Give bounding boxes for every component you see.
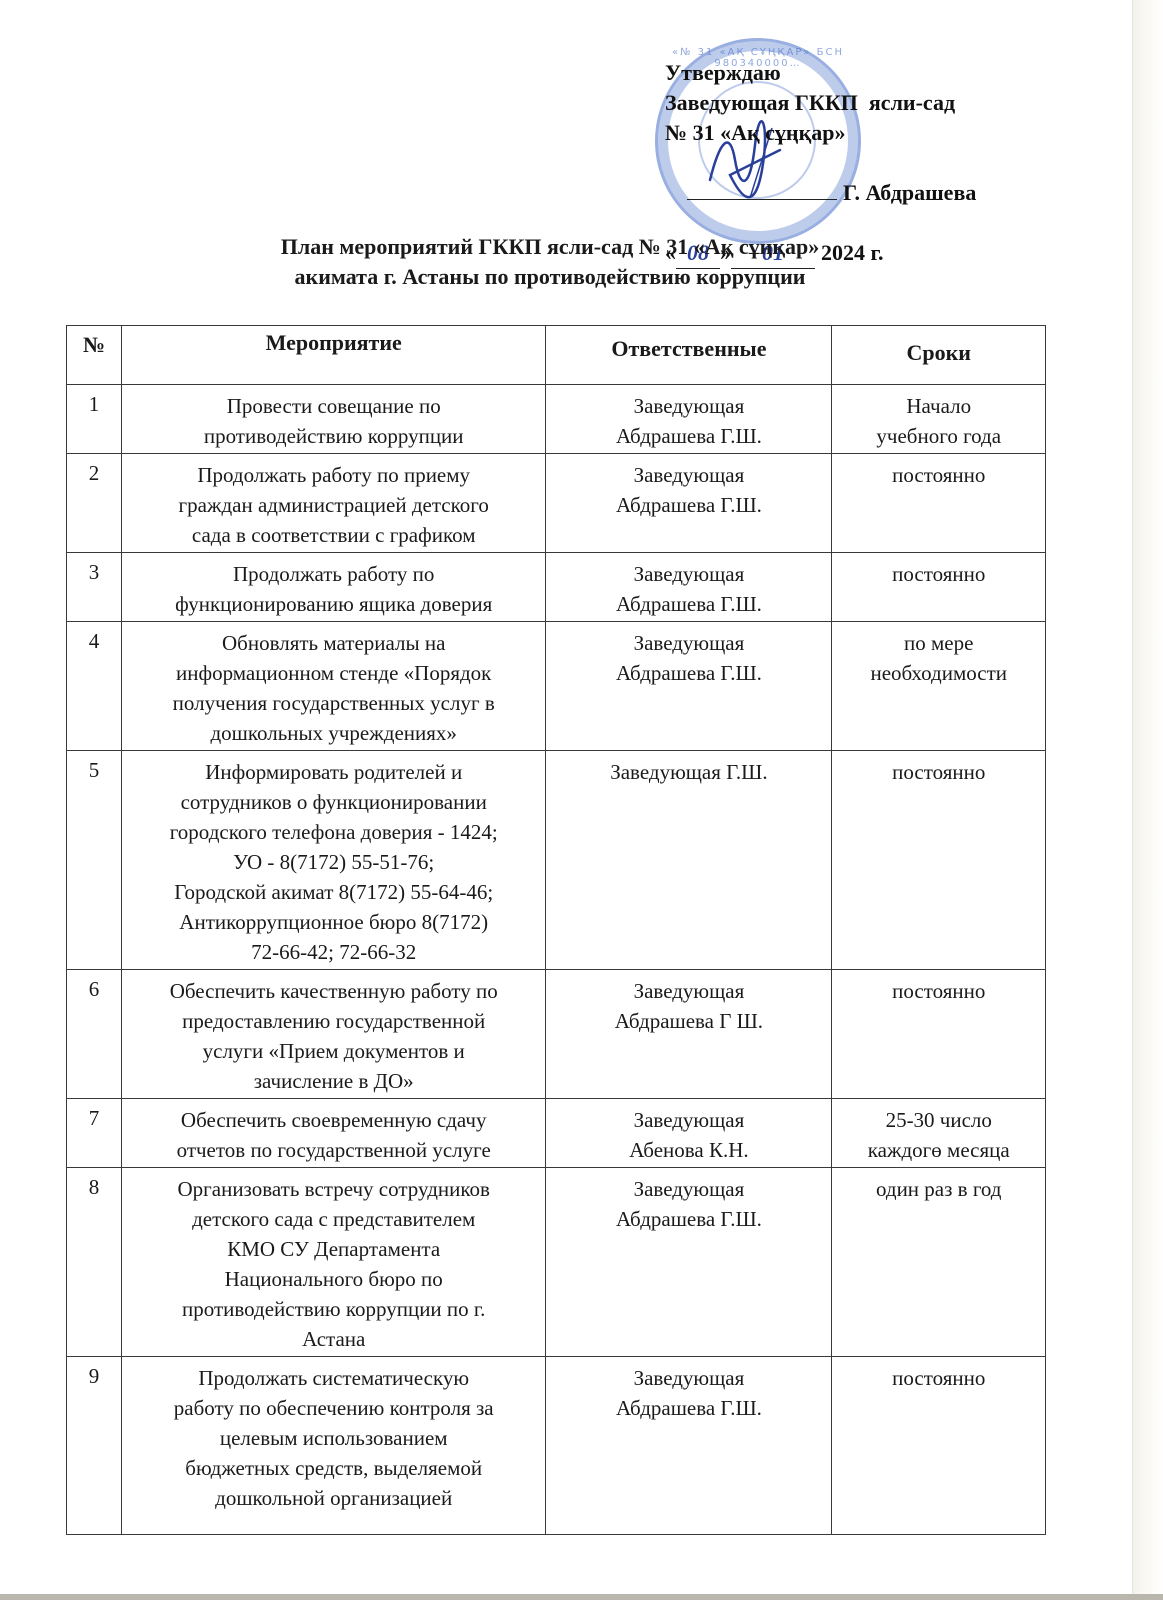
table-row: 8Организовать встречу сотрудников детско… <box>67 1168 1046 1357</box>
row-number-text: 9 <box>89 1364 100 1388</box>
row-number: 8 <box>67 1168 122 1357</box>
row-event: Провести совещание по противодействию ко… <box>122 385 546 454</box>
row-event-text: Продолжать работу по приему граждан адми… <box>179 463 489 547</box>
row-responsible: Заведующая Абдрашева Г Ш. <box>546 970 832 1099</box>
signatory-line: Г. Абдрашева <box>665 148 976 238</box>
table-row: 2Продолжать работу по приему граждан адм… <box>67 454 1046 553</box>
row-event-text: Обеспечить своевременную сдачу отчетов п… <box>177 1108 491 1162</box>
row-term-text: по мере необходимости <box>870 631 1007 685</box>
row-number: 6 <box>67 970 122 1099</box>
table-body: 1Провести совещание по противодействию к… <box>67 385 1046 1535</box>
table-row: 3Продолжать работу по функционированию я… <box>67 553 1046 622</box>
header-responsible: Ответственные <box>546 326 832 385</box>
row-number-text: 5 <box>89 758 100 782</box>
signatory-name: Г. Абдрашева <box>843 180 976 205</box>
row-number: 2 <box>67 454 122 553</box>
row-event-text: Обеспечить качественную работу по предос… <box>170 979 498 1093</box>
row-event: Информировать родителей и сотрудников о … <box>122 751 546 970</box>
row-number-text: 2 <box>89 461 100 485</box>
row-event-text: Продолжать систематическую работу по обе… <box>174 1366 494 1510</box>
row-term: постоянно <box>832 970 1046 1099</box>
row-responsible: Заведующая Г.Ш. <box>546 751 832 970</box>
table-row: 6Обеспечить качественную работу по предо… <box>67 970 1046 1099</box>
row-event: Организовать встречу сотрудников детског… <box>122 1168 546 1357</box>
row-responsible-text: Заведующая Абдрашева Г.Ш. <box>616 1177 762 1231</box>
row-number-text: 7 <box>89 1106 100 1130</box>
approver-position: Заведующая ГККП ясли-сад <box>665 88 976 118</box>
row-term: один раз в год <box>832 1168 1046 1357</box>
header-number: № <box>67 326 122 385</box>
organization-name: № 31 «Ақ сұңқар» <box>665 118 976 148</box>
document-title: План мероприятий ГККП ясли-сад № 31 «Ақ … <box>0 232 1100 292</box>
title-line-2: акимата г. Астаны по противодействию кор… <box>0 262 1100 292</box>
table-row: 5Информировать родителей и сотрудников о… <box>67 751 1046 970</box>
row-event-text: Информировать родителей и сотрудников о … <box>170 760 498 964</box>
row-term: постоянно <box>832 751 1046 970</box>
row-responsible: Заведующая Абдрашева Г.Ш. <box>546 1357 832 1535</box>
row-responsible-text: Заведующая Абдрашева Г.Ш. <box>616 562 762 616</box>
row-term-text: постоянно <box>892 979 985 1003</box>
row-term-text: постоянно <box>892 1366 985 1390</box>
row-number-text: 3 <box>89 560 100 584</box>
table-row: 4Обновлять материалы на информационном с… <box>67 622 1046 751</box>
table-row: 7Обеспечить своевременную сдачу отчетов … <box>67 1099 1046 1168</box>
row-number: 5 <box>67 751 122 970</box>
row-event-text: Продолжать работу по функционированию ящ… <box>175 562 492 616</box>
row-responsible: Заведующая Абдрашева Г.Ш. <box>546 385 832 454</box>
row-responsible: Заведующая Абенова К.Н. <box>546 1099 832 1168</box>
row-responsible-text: Заведующая Абенова К.Н. <box>629 1108 748 1162</box>
row-event: Продолжать систематическую работу по обе… <box>122 1357 546 1535</box>
scan-page-edge <box>1132 0 1163 1600</box>
row-number: 9 <box>67 1357 122 1535</box>
signature-underline <box>687 179 837 200</box>
row-number: 7 <box>67 1099 122 1168</box>
row-event-text: Организовать встречу сотрудников детског… <box>177 1177 489 1351</box>
row-event: Обеспечить качественную работу по предос… <box>122 970 546 1099</box>
row-term-text: Начало учебного года <box>876 394 1001 448</box>
title-line-1: План мероприятий ГККП ясли-сад № 31 «Ақ … <box>0 232 1100 262</box>
row-term: по мере необходимости <box>832 622 1046 751</box>
row-term-text: один раз в год <box>876 1177 1002 1201</box>
header-event: Мероприятие <box>122 326 546 385</box>
approved-label: Утверждаю <box>665 58 976 88</box>
scan-bottom-edge <box>0 1594 1163 1600</box>
row-responsible: Заведующая Абдрашева Г.Ш. <box>546 622 832 751</box>
row-number-text: 6 <box>89 977 100 1001</box>
row-term: постоянно <box>832 1357 1046 1535</box>
row-responsible-text: Заведующая Абдрашева Г.Ш. <box>616 394 762 448</box>
row-term: 25-30 число каждогө месяца <box>832 1099 1046 1168</box>
header-term: Сроки <box>832 326 1046 385</box>
row-number: 3 <box>67 553 122 622</box>
table-header-row: № Мероприятие Ответственные Сроки <box>67 326 1046 385</box>
row-responsible-text: Заведующая Абдрашева Г.Ш. <box>616 463 762 517</box>
row-responsible-text: Заведующая Абдрашева Г.Ш. <box>616 631 762 685</box>
row-responsible: Заведующая Абдрашева Г.Ш. <box>546 1168 832 1357</box>
row-term-text: 25-30 число каждогө месяца <box>868 1108 1010 1162</box>
row-number-text: 1 <box>89 392 100 416</box>
row-event: Продолжать работу по приему граждан адми… <box>122 454 546 553</box>
row-term: постоянно <box>832 553 1046 622</box>
row-responsible: Заведующая Абдрашева Г.Ш. <box>546 553 832 622</box>
row-responsible-text: Заведующая Г.Ш. <box>610 760 767 784</box>
row-term-text: постоянно <box>892 463 985 487</box>
table-row: 9Продолжать систематическую работу по об… <box>67 1357 1046 1535</box>
row-term-text: постоянно <box>892 760 985 784</box>
table-row: 1Провести совещание по противодействию к… <box>67 385 1046 454</box>
row-term: постоянно <box>832 454 1046 553</box>
row-number-text: 4 <box>89 629 100 653</box>
row-event-text: Провести совещание по противодействию ко… <box>204 394 464 448</box>
row-responsible-text: Заведующая Абдрашева Г Ш. <box>615 979 763 1033</box>
row-term-text: постоянно <box>892 562 985 586</box>
row-number-text: 8 <box>89 1175 100 1199</box>
activity-plan-table: № Мероприятие Ответственные Сроки 1Прове… <box>66 325 1046 1535</box>
row-event: Обеспечить своевременную сдачу отчетов п… <box>122 1099 546 1168</box>
row-responsible: Заведующая Абдрашева Г.Ш. <box>546 454 832 553</box>
row-event-text: Обновлять материалы на информационном ст… <box>173 631 495 745</box>
row-event: Продолжать работу по функционированию ящ… <box>122 553 546 622</box>
row-event: Обновлять материалы на информационном ст… <box>122 622 546 751</box>
row-responsible-text: Заведующая Абдрашева Г.Ш. <box>616 1366 762 1420</box>
row-term: Начало учебного года <box>832 385 1046 454</box>
row-number: 1 <box>67 385 122 454</box>
row-number: 4 <box>67 622 122 751</box>
